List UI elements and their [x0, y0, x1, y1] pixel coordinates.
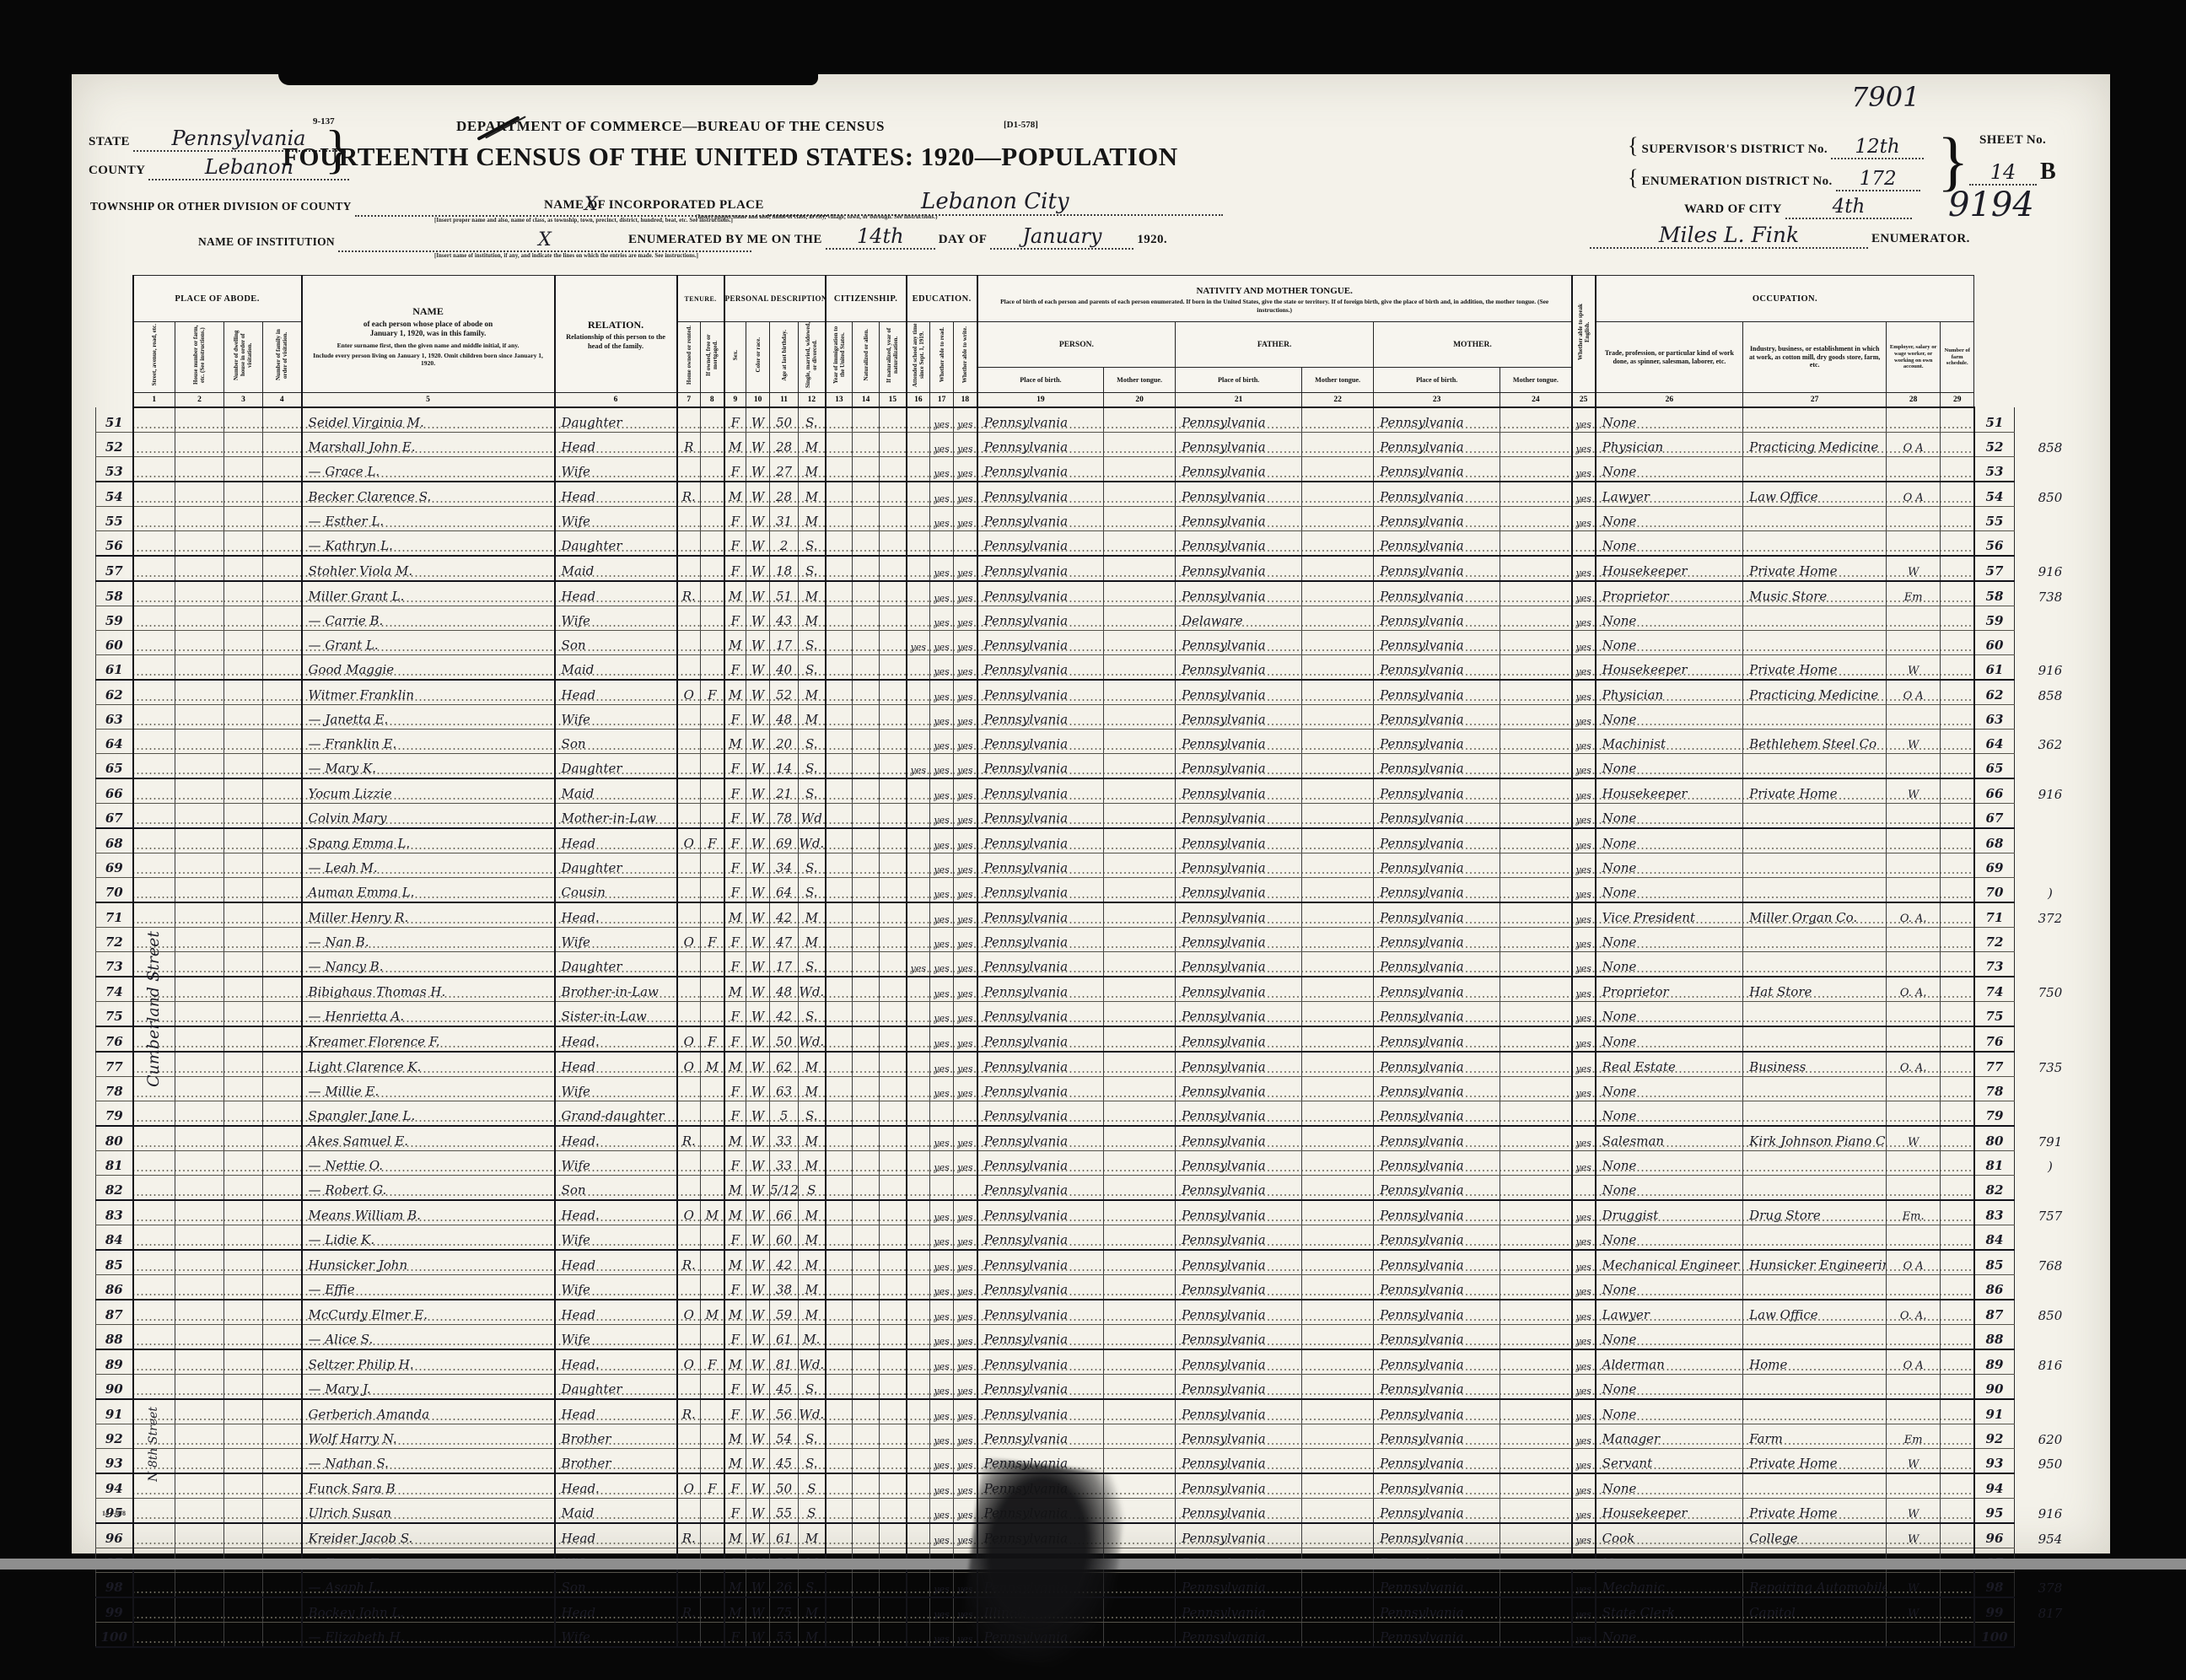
cell-able-read: yes: [930, 853, 954, 878]
row-number-left: 88: [96, 1325, 133, 1350]
sub-person: PERSON.: [977, 322, 1176, 368]
cell-home-owned: [677, 730, 701, 754]
cell-farm-schedule: [1941, 531, 1974, 557]
cell-able-read: yes: [930, 778, 954, 804]
day-of-label: DAY OF: [939, 233, 988, 246]
row-number-right: 88: [1974, 1325, 2015, 1350]
cell-father-mt: [1302, 556, 1374, 581]
sheet-value: 14: [1990, 160, 2016, 184]
cell-father-pob: Pennsylvania: [1176, 1002, 1302, 1027]
row-number-left: 63: [96, 705, 133, 730]
cell-employer-class: W: [1887, 1523, 1941, 1548]
ward-value: 4th: [1833, 196, 1866, 218]
cell-attended-school: [907, 778, 930, 804]
cell-naturalization-year: [880, 1623, 907, 1648]
cell-family-number: [263, 407, 302, 433]
cell-able-read: yes: [930, 1052, 954, 1077]
cell-father-pob: Pennsylvania: [1176, 705, 1302, 730]
cell-age: 52: [770, 680, 799, 705]
cell-immigration-year: [826, 1026, 853, 1052]
cell-sex: F: [724, 928, 746, 952]
cell-farm-schedule: [1941, 1026, 1974, 1052]
cell-race: W: [746, 1325, 770, 1350]
cell-mother-pob: Pennsylvania: [1374, 1101, 1500, 1127]
row-number-right: 91: [1974, 1399, 2015, 1424]
cell-race: W: [746, 1151, 770, 1176]
cell-person-pob: Pennsylvania: [977, 705, 1104, 730]
cell-relation: Head: [555, 1597, 677, 1623]
cell-able-read: [930, 1176, 954, 1201]
row-number-left: 98: [96, 1573, 133, 1598]
cell-race: W: [746, 1523, 770, 1548]
cell-occupation: Lawyer: [1596, 1300, 1743, 1325]
cell-industry: [1743, 1623, 1887, 1648]
cell-race: W: [746, 1375, 770, 1400]
row-number-left: 70: [96, 878, 133, 903]
column-number: 11: [770, 393, 799, 408]
cell-able-read: yes: [930, 1077, 954, 1101]
cell-industry: [1743, 1176, 1887, 1201]
cell-naturalization-year: [880, 1399, 907, 1424]
cell-home-owned: [677, 1225, 701, 1251]
cell-person-pob: Pennsylvania: [977, 1052, 1104, 1077]
cell-person-mt: [1104, 1052, 1176, 1077]
cell-race: W: [746, 1077, 770, 1101]
cell-sex: F: [724, 778, 746, 804]
column-number: 20: [1104, 393, 1176, 408]
cell-race: W: [746, 1399, 770, 1424]
cell-attended-school: [907, 1399, 930, 1424]
cell-naturalization-year: [880, 1026, 907, 1052]
cell-mother-pob: Pennsylvania: [1374, 1200, 1500, 1225]
cell-able-read: yes: [930, 1449, 954, 1474]
cell-industry: [1743, 952, 1887, 977]
cell-age: 5/12: [770, 1176, 799, 1201]
cell-naturalized: [853, 1449, 880, 1474]
cell-immigration-year: [826, 631, 853, 655]
cell-able-read: yes: [930, 928, 954, 952]
margin-note: 735: [2015, 1052, 2077, 1077]
cell-farm-schedule: [1941, 1499, 1974, 1524]
column-number: 1: [133, 393, 175, 408]
cell-name: Marshall John E.: [302, 433, 555, 457]
cell-street: [133, 1275, 175, 1300]
cell-street: [133, 1250, 175, 1275]
cell-name: — Alice S.: [302, 1325, 555, 1350]
margin-note: [2015, 1325, 2077, 1350]
cell-employer-class: W: [1887, 655, 1941, 681]
cell-mother-mt: [1500, 730, 1572, 754]
cell-employer-class: Em: [1887, 581, 1941, 606]
cell-immigration-year: [826, 1623, 853, 1648]
cell-farm-schedule: [1941, 878, 1974, 903]
col-trade: Trade, profession, or particular kind of…: [1596, 322, 1743, 393]
cell-able-write: yes: [954, 778, 977, 804]
cell-able-write: yes: [954, 1499, 977, 1524]
table-row: 87 McCurdy Elmer E. Head O M M W 59 M ye…: [96, 1300, 2077, 1325]
cell-able-read: yes: [930, 606, 954, 631]
cell-relation: Head.: [555, 1126, 677, 1151]
cell-father-pob: Pennsylvania: [1176, 778, 1302, 804]
cell-street: [133, 433, 175, 457]
cell-naturalization-year: [880, 778, 907, 804]
cell-sex: F: [724, 828, 746, 853]
cell-father-mt: [1302, 1275, 1374, 1300]
cell-industry: Law Office: [1743, 482, 1887, 507]
cell-race: W: [746, 804, 770, 829]
cell-person-mt: [1104, 680, 1176, 705]
cell-sex: M: [724, 1250, 746, 1275]
cell-person-mt: [1104, 1126, 1176, 1151]
cell-naturalized: [853, 1077, 880, 1101]
table-row: 85 Hunsicker John Head R. M W 42 M yes y…: [96, 1250, 2077, 1275]
cell-naturalized: [853, 1052, 880, 1077]
cell-relation: Daughter: [555, 952, 677, 977]
cell-father-pob: Pennsylvania: [1176, 1176, 1302, 1201]
cell-attended-school: [907, 433, 930, 457]
cell-house-number: [175, 1052, 224, 1077]
cell-owned-free: [701, 1002, 724, 1027]
cell-age: 14: [770, 754, 799, 779]
enumerated-line: ENUMERATED BY ME ON THE 14th DAY OF Janu…: [628, 224, 1167, 250]
cell-house-number: [175, 1002, 224, 1027]
cell-attended-school: [907, 531, 930, 557]
row-number-left: 91: [96, 1399, 133, 1424]
cell-age: 28: [770, 482, 799, 507]
cell-family-number: [263, 977, 302, 1002]
cell-mother-pob: Pennsylvania: [1374, 730, 1500, 754]
cell-race: W: [746, 977, 770, 1002]
cell-father-mt: [1302, 1002, 1374, 1027]
cell-mother-mt: [1500, 1026, 1572, 1052]
cell-occupation: None: [1596, 928, 1743, 952]
cell-immigration-year: [826, 902, 853, 928]
cell-attended-school: [907, 1052, 930, 1077]
cell-street: [133, 1573, 175, 1598]
cell-person-mt: [1104, 977, 1176, 1002]
cell-father-pob: Pennsylvania: [1176, 1101, 1302, 1127]
cell-speaks-english: yes: [1572, 1300, 1596, 1325]
sheet-letter: B: [2040, 159, 2056, 185]
cell-attended-school: [907, 1473, 930, 1499]
cell-immigration-year: [826, 433, 853, 457]
row-number-left: 76: [96, 1026, 133, 1052]
cell-person-pob: Pennsylvania: [977, 655, 1104, 681]
cell-home-owned: O: [677, 928, 701, 952]
cell-person-pob: Pennsylvania: [977, 977, 1104, 1002]
cell-family-number: [263, 1375, 302, 1400]
cell-name: Akes Samuel E.: [302, 1126, 555, 1151]
cell-mother-pob: Pennsylvania: [1374, 1499, 1500, 1524]
cell-owned-free: [701, 952, 724, 977]
cell-age: 48: [770, 977, 799, 1002]
incorporated-place-label: NAME OF INCORPORATED PLACE: [544, 198, 764, 212]
cell-owned-free: [701, 878, 724, 903]
column-number: 7: [677, 393, 701, 408]
cell-naturalized: [853, 1523, 880, 1548]
cell-marital: S.: [799, 556, 826, 581]
cell-mother-mt: [1500, 878, 1572, 903]
cell-person-pob: Pennsylvania: [977, 1325, 1104, 1350]
table-header: PLACE OF ABODE. NAME of each person whos…: [96, 276, 2077, 408]
cell-dwelling-number: [224, 1399, 263, 1424]
cell-father-mt: [1302, 1499, 1374, 1524]
row-number-right: 79: [1974, 1101, 2015, 1127]
cell-occupation: Lawyer: [1596, 482, 1743, 507]
cell-immigration-year: [826, 1523, 853, 1548]
cell-relation: Brother: [555, 1449, 677, 1474]
cell-able-write: yes: [954, 1002, 977, 1027]
cell-name: Light Clarence K.: [302, 1052, 555, 1077]
cell-able-write: yes: [954, 1473, 977, 1499]
cell-relation: Grand-daughter: [555, 1101, 677, 1127]
cell-mother-pob: Pennsylvania: [1374, 705, 1500, 730]
cell-relation: Wife: [555, 1275, 677, 1300]
cell-age: 5: [770, 1101, 799, 1127]
cell-attended-school: [907, 1499, 930, 1524]
institution-note: [Insert name of institution, if any, and…: [434, 253, 698, 259]
cell-age: 81: [770, 1349, 799, 1375]
cell-sex: M: [724, 631, 746, 655]
cell-naturalization-year: [880, 680, 907, 705]
cell-sex: F: [724, 457, 746, 482]
cell-mother-pob: Pennsylvania: [1374, 828, 1500, 853]
sub-father: FATHER.: [1176, 322, 1374, 368]
cell-father-pob: Pennsylvania: [1176, 1523, 1302, 1548]
cell-naturalized: [853, 1499, 880, 1524]
cell-occupation: None: [1596, 457, 1743, 482]
cell-father-pob: Pennsylvania: [1176, 631, 1302, 655]
cell-home-owned: [677, 977, 701, 1002]
cell-employer-class: [1887, 1399, 1941, 1424]
cell-house-number: [175, 705, 224, 730]
cell-home-owned: [677, 878, 701, 903]
cell-industry: [1743, 1077, 1887, 1101]
cell-able-write: yes: [954, 680, 977, 705]
cell-immigration-year: [826, 1200, 853, 1225]
cell-owned-free: F: [701, 680, 724, 705]
cell-race: W: [746, 556, 770, 581]
cell-sex: F: [724, 1499, 746, 1524]
table-row: 89 Seltzer Philip H. Head. O F M W 81 Wd…: [96, 1349, 2077, 1375]
cell-dwelling-number: [224, 1126, 263, 1151]
col-owned-free: If owned, free or mortgaged.: [701, 322, 724, 393]
cell-able-write: yes: [954, 754, 977, 779]
cell-marital: S: [799, 1499, 826, 1524]
cell-able-write: yes: [954, 1300, 977, 1325]
cell-father-mt: [1302, 878, 1374, 903]
row-number-right: 58: [1974, 581, 2015, 606]
cell-employer-class: W: [1887, 1573, 1941, 1598]
row-number-left: 99: [96, 1597, 133, 1623]
cell-mother-mt: [1500, 556, 1572, 581]
cell-street: [133, 1325, 175, 1350]
cell-immigration-year: [826, 1225, 853, 1251]
enumerator-label: ENUMERATOR.: [1871, 232, 1970, 245]
cell-home-owned: R.: [677, 482, 701, 507]
cell-able-read: yes: [930, 507, 954, 531]
cell-father-mt: [1302, 902, 1374, 928]
cell-able-read: yes: [930, 1151, 954, 1176]
cell-employer-class: W: [1887, 1597, 1941, 1623]
cell-father-mt: [1302, 1597, 1374, 1623]
cell-mother-pob: Pennsylvania: [1374, 1126, 1500, 1151]
cell-family-number: [263, 804, 302, 829]
nativity-title: NATIVITY AND MOTHER TONGUE.: [978, 286, 1571, 296]
cell-person-pob: Pennsylvania: [977, 928, 1104, 952]
cell-person-pob: Pennsylvania: [977, 1200, 1104, 1225]
cell-naturalized: [853, 556, 880, 581]
cell-family-number: [263, 778, 302, 804]
cell-person-mt: [1104, 1101, 1176, 1127]
cell-farm-schedule: [1941, 1623, 1974, 1648]
cell-occupation: None: [1596, 878, 1743, 903]
cell-home-owned: O: [677, 1300, 701, 1325]
cell-house-number: [175, 507, 224, 531]
cell-employer-class: O A: [1887, 1349, 1941, 1375]
cell-occupation: None: [1596, 804, 1743, 829]
cell-race: W: [746, 1026, 770, 1052]
cell-farm-schedule: [1941, 754, 1974, 779]
cell-father-mt: [1302, 1026, 1374, 1052]
cell-naturalized: [853, 482, 880, 507]
cell-owned-free: [701, 556, 724, 581]
row-number-right: 53: [1974, 457, 2015, 482]
name-line1: of each person whose place of abode on: [303, 320, 554, 330]
cell-house-number: [175, 1375, 224, 1400]
cell-person-pob: Pennsylvania: [977, 407, 1104, 433]
cell-name: Kreider Jacob S.: [302, 1523, 555, 1548]
cell-able-write: [954, 1101, 977, 1127]
cell-speaks-english: yes: [1572, 1077, 1596, 1101]
cell-naturalized: [853, 1573, 880, 1598]
cell-age: 78: [770, 804, 799, 829]
cell-father-mt: [1302, 1300, 1374, 1325]
form-print-code: 14—078: [102, 1510, 126, 1517]
cell-family-number: [263, 878, 302, 903]
cell-name: — Kathryn L.: [302, 531, 555, 557]
cell-able-read: yes: [930, 1573, 954, 1598]
row-number-right: 74: [1974, 977, 2015, 1002]
row-number-left: 60: [96, 631, 133, 655]
cell-mother-pob: Pennsylvania: [1374, 1449, 1500, 1474]
cell-race: W: [746, 878, 770, 903]
cell-marital: Wd: [799, 804, 826, 829]
cell-person-pob: Pennsylvania: [977, 433, 1104, 457]
cell-relation: Wife: [555, 1325, 677, 1350]
cell-occupation: Salesman: [1596, 1126, 1743, 1151]
cell-speaks-english: yes: [1572, 853, 1596, 878]
cell-sex: F: [724, 1473, 746, 1499]
group-citizenship: CITIZENSHIP.: [826, 276, 907, 322]
cell-able-write: yes: [954, 705, 977, 730]
cell-naturalized: [853, 507, 880, 531]
cell-owned-free: [701, 1325, 724, 1350]
cell-owned-free: [701, 804, 724, 829]
institution-value: X: [538, 229, 552, 250]
cell-attended-school: [907, 804, 930, 829]
cell-mother-mt: [1500, 1375, 1572, 1400]
cell-house-number: [175, 828, 224, 853]
cell-sex: F: [724, 507, 746, 531]
cell-able-read: yes: [930, 754, 954, 779]
cell-naturalized: [853, 1300, 880, 1325]
cell-sex: F: [724, 878, 746, 903]
cell-attended-school: [907, 1250, 930, 1275]
cell-farm-schedule: [1941, 606, 1974, 631]
cell-employer-class: [1887, 631, 1941, 655]
cell-dwelling-number: [224, 531, 263, 557]
row-number-right: 59: [1974, 606, 2015, 631]
cell-house-number: [175, 1473, 224, 1499]
cell-naturalization-year: [880, 1349, 907, 1375]
margin-note: 858: [2015, 433, 2077, 457]
cell-immigration-year: [826, 1077, 853, 1101]
cell-marital: M: [799, 928, 826, 952]
cell-dwelling-number: [224, 1300, 263, 1325]
cell-industry: [1743, 1275, 1887, 1300]
cell-mother-pob: Pennsylvania: [1374, 1349, 1500, 1375]
column-number: 22: [1302, 393, 1374, 408]
cell-naturalization-year: [880, 1200, 907, 1225]
margin-note: [2015, 1275, 2077, 1300]
cell-name: Ulrich Susan: [302, 1499, 555, 1524]
cell-able-read: yes: [930, 631, 954, 655]
cell-family-number: [263, 1002, 302, 1027]
cell-owned-free: F: [701, 828, 724, 853]
cell-naturalization-year: [880, 1424, 907, 1449]
cell-race: W: [746, 928, 770, 952]
cell-immigration-year: [826, 1349, 853, 1375]
column-number: 25: [1572, 393, 1596, 408]
cell-naturalization-year: [880, 1499, 907, 1524]
cell-naturalization-year: [880, 1473, 907, 1499]
cell-employer-class: W: [1887, 1499, 1941, 1524]
cell-home-owned: [677, 1375, 701, 1400]
row-number-right: 52: [1974, 433, 2015, 457]
cell-dwelling-number: [224, 1623, 263, 1648]
cell-speaks-english: yes: [1572, 1399, 1596, 1424]
cell-dwelling-number: [224, 407, 263, 433]
cell-name: Good Maggie: [302, 655, 555, 681]
cell-house-number: [175, 680, 224, 705]
cell-person-pob: Pennsylvania: [977, 878, 1104, 903]
cell-father-pob: Pennsylvania: [1176, 655, 1302, 681]
cell-relation: Daughter: [555, 754, 677, 779]
cell-relation: Wife: [555, 1225, 677, 1251]
cell-employer-class: [1887, 1623, 1941, 1648]
cell-father-mt: [1302, 705, 1374, 730]
cell-person-mt: [1104, 433, 1176, 457]
cell-age: 61: [770, 1325, 799, 1350]
cell-employer-class: [1887, 1176, 1941, 1201]
row-number-left: 75: [96, 1002, 133, 1027]
cell-person-mt: [1104, 531, 1176, 557]
cell-father-pob: Pennsylvania: [1176, 1300, 1302, 1325]
cell-industry: [1743, 407, 1887, 433]
col-sex: Sex.: [724, 322, 746, 393]
cell-race: W: [746, 1200, 770, 1225]
cell-dwelling-number: [224, 804, 263, 829]
cell-family-number: [263, 1499, 302, 1524]
cell-father-pob: Pennsylvania: [1176, 1424, 1302, 1449]
cell-home-owned: O: [677, 828, 701, 853]
cell-naturalized: [853, 902, 880, 928]
cell-person-mt: [1104, 828, 1176, 853]
cell-occupation: None: [1596, 952, 1743, 977]
row-number-left: 90: [96, 1375, 133, 1400]
cell-mother-mt: [1500, 655, 1572, 681]
